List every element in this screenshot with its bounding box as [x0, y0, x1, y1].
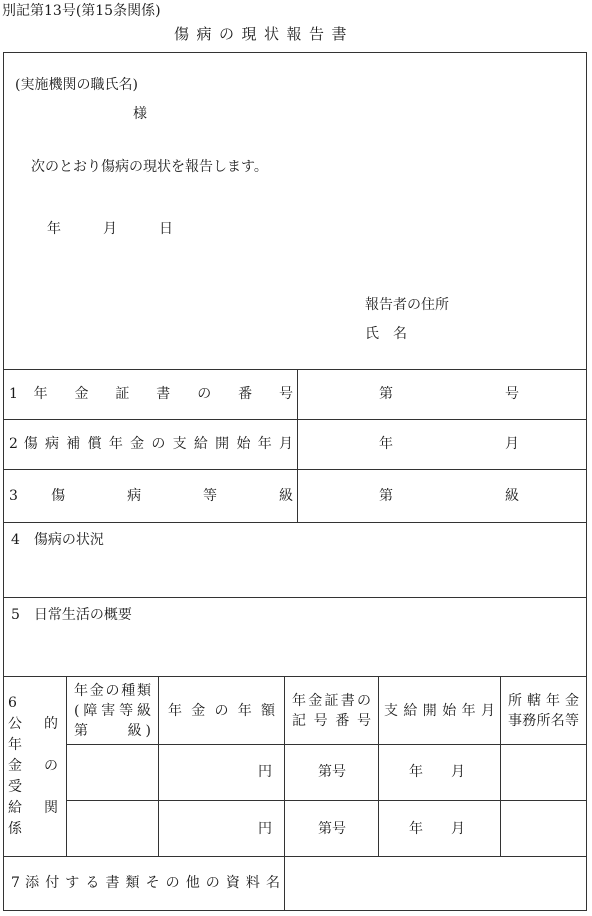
pension-group-label-cell: 6 公 的 年 金 の 受 給 関 係 [4, 677, 67, 856]
pension-type-cell [67, 801, 159, 857]
row-payment-start-date: 2 傷 病 補 償 年 金 の 支 給 開 始 年 月 年 月 [3, 420, 587, 470]
form-reference-note: 別記第13号(第15条関係) [2, 3, 161, 20]
report-form-sheet: 別記第13号(第15条関係) 傷病の現状報告書 (実施機関の職氏名) 様 次のと… [0, 0, 592, 916]
col-pension-office-header: 所 轄 年 金 事務所名等 [501, 677, 586, 744]
intro-box: (実施機関の職氏名) 様 次のとおり傷病の現状を報告します。 年 月 日 報告者… [3, 52, 587, 370]
row-injury-grade: 3 傷 病 等 級 第 級 [3, 470, 587, 523]
row1-value-prefix: 第 [379, 386, 393, 403]
cert-prefix: 第 [318, 821, 332, 838]
honorific-label: 様 [133, 106, 147, 123]
agency-name-label: (実施機関の職氏名) [15, 77, 138, 94]
date-line: 年 月 日 [47, 221, 173, 238]
row2-value-cell: 年 月 [298, 420, 586, 469]
start-month: 月 [451, 764, 465, 781]
report-statement: 次のとおり傷病の現状を報告します。 [31, 159, 268, 176]
form-title: 傷病の現状報告書 [174, 26, 354, 43]
cert-prefix: 第 [318, 764, 332, 781]
row7-label-cell: 7 添 付 す る 書 類 そ の 他 の 資 料 名 [4, 857, 285, 910]
row3-label: 3 傷 病 等 級 [4, 488, 297, 505]
pension-office-cell [501, 801, 586, 857]
start-date-cell: 年 月 [379, 801, 501, 857]
row4-label: 4 傷病の状況 [11, 532, 104, 549]
start-year: 年 [409, 821, 423, 838]
row-attached-documents: 7 添 付 す る 書 類 そ の 他 の 資 料 名 [3, 857, 587, 911]
row1-value-suffix: 号 [505, 386, 519, 403]
pension-office-cell [501, 745, 586, 800]
pension-group-label: 6 公 的 年 金 の 受 給 関 係 [4, 693, 66, 840]
row2-value-suffix: 月 [505, 436, 519, 453]
certificate-number-cell: 第 号 [285, 745, 379, 800]
row5-label: 5 日常生活の概要 [11, 607, 132, 624]
yen-unit: 円 [258, 821, 272, 838]
pension-data-row-2: 円 第 号 年 月 [67, 801, 586, 857]
row3-value-prefix: 第 [379, 488, 393, 505]
row2-label: 2 傷 病 補 償 年 金 の 支 給 開 始 年 月 [4, 436, 297, 453]
row1-label: 1 年 金 証 書 の 番 号 [4, 386, 297, 403]
row3-label-cell: 3 傷 病 等 級 [4, 470, 298, 522]
reporter-address-label: 報告者の住所 [365, 297, 449, 314]
row1-label-cell: 1 年 金 証 書 の 番 号 [4, 370, 298, 419]
cert-suffix: 号 [332, 764, 346, 781]
col-pension-type-header: 年金の種類 (障害等級 第 級) [67, 677, 159, 744]
certificate-number-cell: 第 号 [285, 801, 379, 857]
start-month: 月 [451, 821, 465, 838]
start-year: 年 [409, 764, 423, 781]
row2-value-prefix: 年 [379, 436, 393, 453]
annual-amount-cell: 円 [159, 745, 285, 800]
pension-type-cell [67, 745, 159, 800]
col-certificate-number-header: 年金証書の 記 号 番 号 [285, 677, 379, 744]
annual-amount-cell: 円 [159, 801, 285, 857]
start-date-cell: 年 月 [379, 745, 501, 800]
row1-value-cell: 第 号 [298, 370, 586, 419]
cert-suffix: 号 [332, 821, 346, 838]
col-start-date-header: 支 給 開 始 年 月 [379, 677, 501, 744]
col-annual-amount-header: 年 金 の 年 額 [159, 677, 285, 744]
pension-data-row-1: 円 第 号 年 月 [67, 745, 586, 801]
row-daily-life-summary: 5 日常生活の概要 [3, 598, 587, 677]
row3-value-cell: 第 級 [298, 470, 586, 522]
row-injury-condition: 4 傷病の状況 [3, 523, 587, 598]
reporter-name-label: 氏 名 [365, 326, 407, 343]
row2-label-cell: 2 傷 病 補 償 年 金 の 支 給 開 始 年 月 [4, 420, 298, 469]
yen-unit: 円 [258, 764, 272, 781]
row3-value-suffix: 級 [505, 488, 519, 505]
row7-value-cell [285, 857, 586, 910]
pension-header-row: 年金の種類 (障害等級 第 級) 年 金 の 年 額 年金証書の 記 号 番 号… [67, 677, 586, 745]
row-pension-certificate-number: 1 年 金 証 書 の 番 号 第 号 [3, 370, 587, 420]
row7-label: 7 添 付 す る 書 類 そ の 他 の 資 料 名 [4, 875, 284, 892]
public-pension-section: 6 公 的 年 金 の 受 給 関 係 年金の種類 (障害等級 第 級) 年 金… [3, 677, 587, 857]
